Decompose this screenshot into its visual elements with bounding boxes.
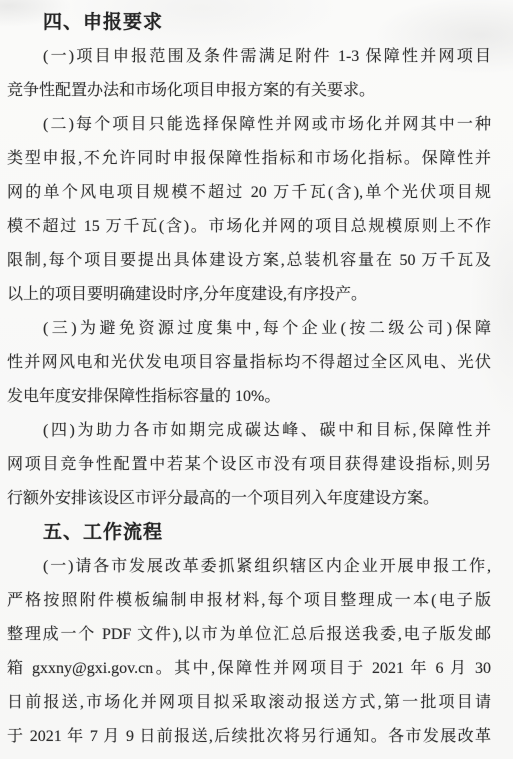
text-line: 以上的项目要明确建设时序,分年度建设,有序投产。 — [7, 278, 491, 312]
document-body: 四、申报要求(一)项目申报范围及条件需满足附件 1-3 保障性并网项目竞争性配置… — [7, 6, 491, 754]
section-heading: 四、申报要求 — [7, 6, 491, 40]
text-line: 类型申报,不允许同时申报保障性指标和市场化指标。保障性并 — [7, 142, 491, 176]
text-line: 于 2021 年 7 月 9 日前报送,后续批次将另行通知。各市发展改革 — [7, 720, 491, 754]
section-heading: 五、工作流程 — [7, 516, 491, 550]
text-line: 网的单个风电项目规模不超过 20 万千瓦(含),单个光伏项目规 — [7, 176, 491, 210]
text-line: (三)为避免资源过度集中,每个企业(按二级公司)保障 — [7, 312, 491, 346]
text-line: 行额外安排该设区市评分最高的一个项目列入年度建设方案。 — [7, 482, 491, 516]
text-line: (一)请各市发展改革委抓紧组织辖区内企业开展申报工作, — [7, 550, 491, 584]
text-line: 箱 gxxny@gxi.gov.cn。其中,保障性并网项目于 2021 年 6 … — [7, 652, 491, 686]
text-line: 网项目竞争性配置中若某个设区市没有项目获得建设指标,则另 — [7, 448, 491, 482]
text-line: 严格按照附件模板编制申报材料,每个项目整理成一本(电子版 — [7, 584, 491, 618]
text-line: 日前报送,市场化并网项目拟采取滚动报送方式,第一批项目请 — [7, 686, 491, 720]
text-line: 性并网风电和光伏发电项目容量指标均不得超过全区风电、光伏 — [7, 346, 491, 380]
text-line: 竞争性配置办法和市场化项目申报方案的有关要求。 — [7, 74, 491, 108]
text-line: 限制,每个项目要提出具体建设方案,总装机容量在 50 万千瓦及 — [7, 244, 491, 278]
text-line: (一)项目申报范围及条件需满足附件 1-3 保障性并网项目 — [7, 40, 491, 74]
document-page: 四、申报要求(一)项目申报范围及条件需满足附件 1-3 保障性并网项目竞争性配置… — [0, 0, 513, 759]
text-line: 发电年度安排保障性指标容量的 10%。 — [7, 380, 491, 414]
text-line: 整理成一个 PDF 文件),以市为单位汇总后报送我委,电子版发邮 — [7, 618, 491, 652]
text-line: 模不超过 15 万千瓦(含)。市场化并网的项目总规模原则上不作 — [7, 210, 491, 244]
text-line: (四)为助力各市如期完成碳达峰、碳中和目标,保障性并 — [7, 414, 491, 448]
text-line: (二)每个项目只能选择保障性并网或市场化并网其中一种 — [7, 108, 491, 142]
